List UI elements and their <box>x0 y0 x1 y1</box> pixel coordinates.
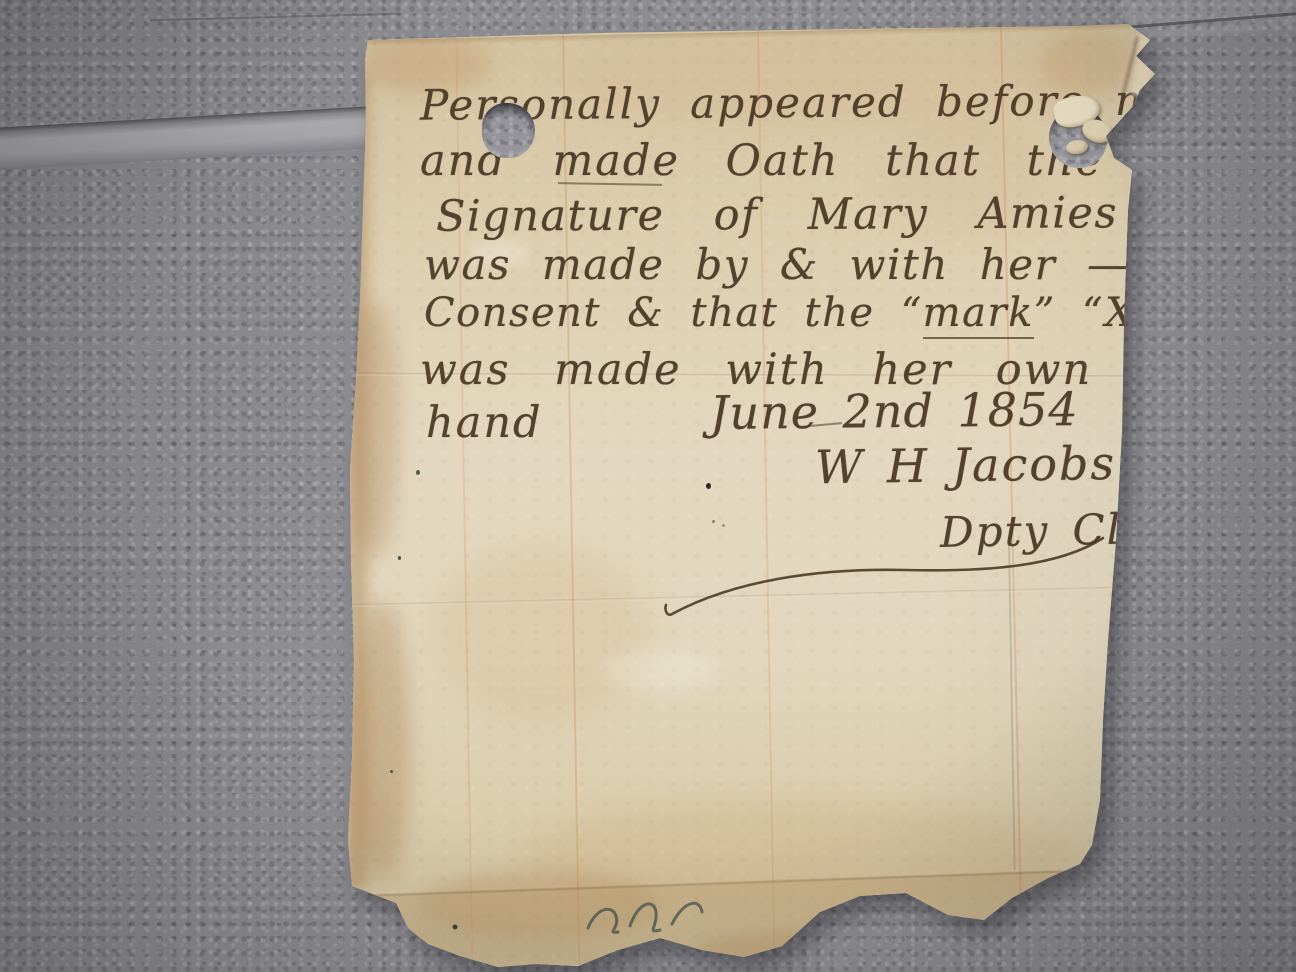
paper-document-wrap: Personally appeared before me and made O… <box>0 0 1296 972</box>
pinhole <box>712 520 715 523</box>
pinhole <box>706 483 711 489</box>
paper-document: Personally appeared before me and made O… <box>0 0 1296 972</box>
pinhole <box>722 524 725 527</box>
photo-backdrop: Personally appeared before me and made O… <box>0 0 1296 972</box>
punch-hole-left <box>482 103 535 158</box>
ink-fragment <box>588 903 702 932</box>
ink-fragment-dot <box>453 925 458 930</box>
